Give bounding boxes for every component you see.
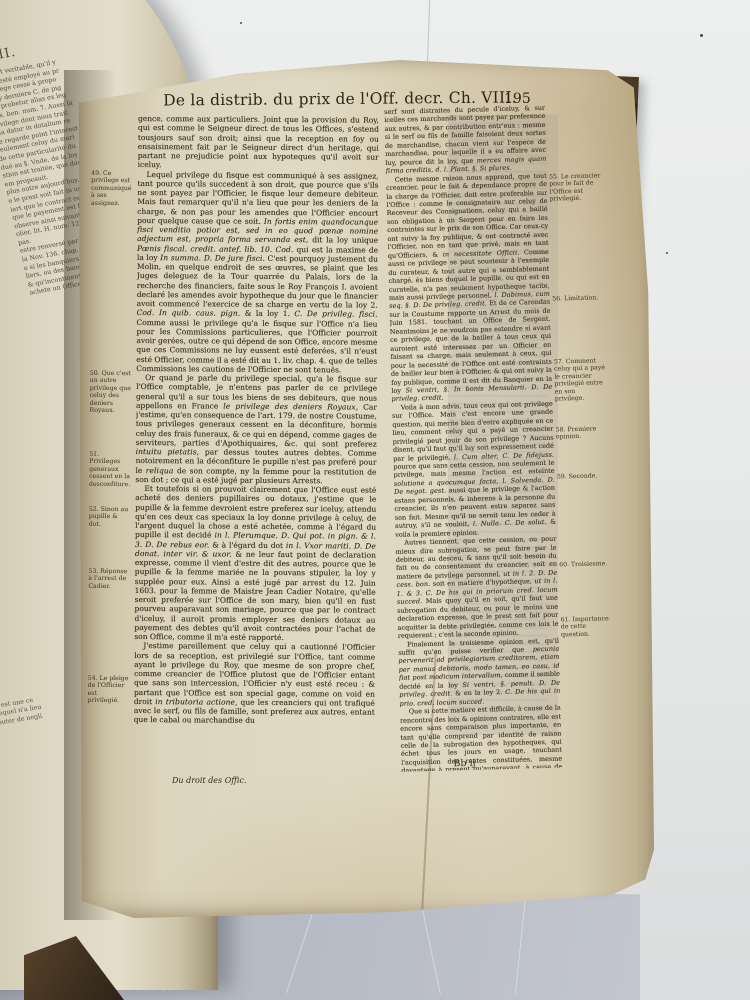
margin-note: 58. Premiere opinion. <box>556 425 608 441</box>
paragraph: Autres tiennent, que cette cession, ou p… <box>395 535 559 641</box>
paragraph: Voila à mon advis, tous ceux qui ont pri… <box>392 400 556 539</box>
paragraph: Cette mesme raison nous apprend, que tou… <box>386 171 553 403</box>
paragraph: gence, comme aux particuliers. Joint que… <box>138 114 379 171</box>
paragraph: J'estime pareillement que celuy qui a ca… <box>134 641 376 726</box>
right-text-column: serf sont distraites du pecule d'iceluy,… <box>384 104 562 772</box>
paragraph: Lequel privilege du fisque est communiqu… <box>136 169 378 374</box>
margin-note: 55. Le creancier pour le fait de l'Offic… <box>549 172 602 203</box>
margin-note: 50. Que c'est un autre privilege que cel… <box>90 370 132 415</box>
photo-of-open-book: v. III. aite est veritable, qu'il yavoit… <box>0 0 750 1000</box>
margin-note: 59. Seconde. <box>557 472 598 480</box>
margin-note: 53. Réponse à l'arrest de Cadier. <box>88 568 130 591</box>
surface-speck <box>240 22 242 24</box>
margin-note: 54. Le pleige de l'Officier est privileg… <box>88 675 130 705</box>
margin-note: 61. Importance de cette question. <box>561 615 614 639</box>
paragraph: Et toutefois si on prouvoit clairement q… <box>134 484 376 643</box>
margin-note: 60. Troisiesme. <box>559 560 607 569</box>
margin-note: 52. Sinon au pupille & dot. <box>89 506 131 529</box>
paragraph: serf sont distraites du pecule d'iceluy,… <box>384 104 547 176</box>
surface-speck <box>666 252 668 254</box>
paragraph: Finalement la troisiesme opinion est, qu… <box>398 636 561 708</box>
book-page: De la distrib. du prix de l'Off. decr. C… <box>76 60 654 918</box>
margin-note: 49. Ce privilege est communiqué à ses as… <box>91 170 133 207</box>
surface-speck <box>700 34 703 37</box>
left-text-column: gence, comme aux particuliers. Joint que… <box>133 114 379 784</box>
margin-note: 56. Limitation. <box>552 294 598 303</box>
catchword: Du droit des Offic. <box>172 776 247 785</box>
paragraph: Or quand je parle du privilege special, … <box>135 373 377 486</box>
margin-note: 57. Comment celuy qui a payé le creancie… <box>554 357 607 403</box>
margin-note: 51. Privileges generaux cessent en la de… <box>89 451 131 488</box>
